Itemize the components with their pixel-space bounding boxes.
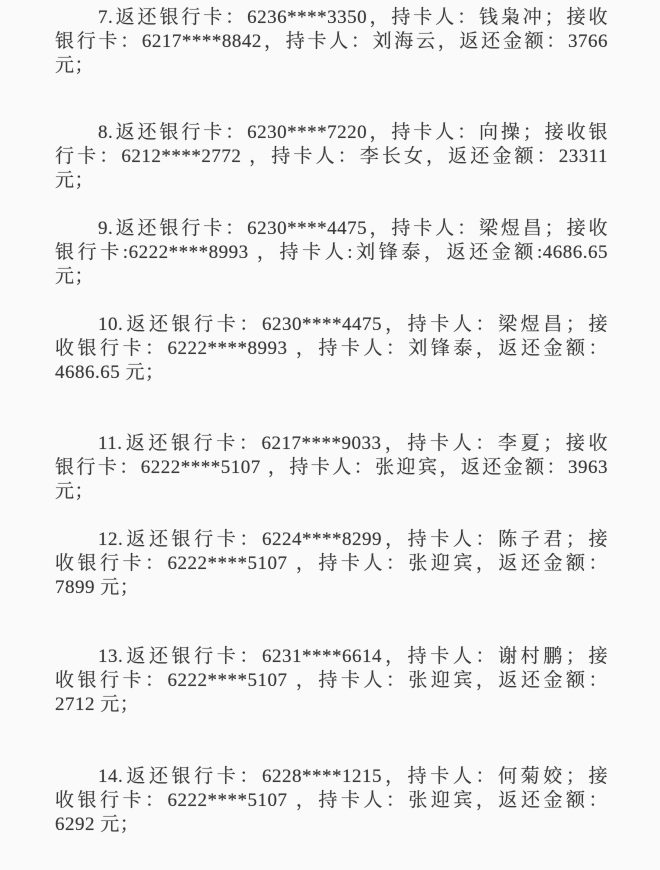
text-line: 元； <box>55 169 608 193</box>
text-line: 9.返还银行卡：6230****4475，持卡人：梁煜昌；接收 <box>55 217 608 241</box>
list-item-12: 12.返还银行卡：6224****8299，持卡人：陈子君；接收银行卡：6222… <box>55 528 608 600</box>
text-line: 收银行卡：6222****5107 ，持卡人：张迎宾，返还金额： <box>55 552 608 576</box>
list-item-9: 9.返还银行卡：6230****4475，持卡人：梁煜昌；接收银行卡:6222*… <box>55 217 608 289</box>
text-line: 11.返还银行卡：6217****9033，持卡人：李夏；接收 <box>55 432 608 456</box>
list-item-14: 14.返还银行卡：6228****1215，持卡人：何菊姣；接收银行卡：6222… <box>55 765 608 837</box>
text-line: 13.返还银行卡：6231****6614，持卡人：谢村鹏；接 <box>55 645 608 669</box>
text-line: 收银行卡：6222****8993 ，持卡人：刘锋泰，返还金额： <box>55 337 608 361</box>
text-line: 7899 元； <box>55 576 608 600</box>
list-item-13: 13.返还银行卡：6231****6614，持卡人：谢村鹏；接收银行卡：6222… <box>55 645 608 717</box>
text-line: 行卡：6212****2772 ，持卡人：李长女，返还金额：23311 <box>55 145 608 169</box>
text-line: 银行卡：6222****5107 ，持卡人：张迎宾，返还金额：3963 <box>55 456 608 480</box>
text-line: 14.返还银行卡：6228****1215，持卡人：何菊姣；接 <box>55 765 608 789</box>
list-item-10: 10.返还银行卡：6230****4475，持卡人：梁煜昌；接收银行卡：6222… <box>55 313 608 385</box>
text-line: 收银行卡：6222****5107 ，持卡人：张迎宾，返还金额： <box>55 669 608 693</box>
document-body: 7.返还银行卡：6236****3350，持卡人：钱枭冲；接收银行卡：6217*… <box>0 0 660 837</box>
text-line: 银行卡:6222****8993 ，持卡人:刘锋泰，返还金额:4686.65 <box>55 241 608 265</box>
text-line: 收银行卡：6222****5107 ，持卡人：张迎宾，返还金额： <box>55 789 608 813</box>
text-line: 4686.65 元； <box>55 361 608 385</box>
list-item-7: 7.返还银行卡：6236****3350，持卡人：钱枭冲；接收银行卡：6217*… <box>55 6 608 78</box>
text-line: 7.返还银行卡：6236****3350，持卡人：钱枭冲；接收 <box>55 6 608 30</box>
document-page: 7.返还银行卡：6236****3350，持卡人：钱枭冲；接收银行卡：6217*… <box>0 0 660 870</box>
list-item-8: 8.返还银行卡：6230****7220，持卡人：向操；接收银行卡：6212**… <box>55 121 608 193</box>
text-line: 元； <box>55 265 608 289</box>
text-line: 10.返还银行卡：6230****4475，持卡人：梁煜昌；接 <box>55 313 608 337</box>
text-line: 元； <box>55 54 608 78</box>
text-line: 2712 元； <box>55 693 608 717</box>
text-line: 银行卡：6217****8842，持卡人：刘海云，返还金额：3766 <box>55 30 608 54</box>
text-line: 12.返还银行卡：6224****8299，持卡人：陈子君；接 <box>55 528 608 552</box>
text-line: 8.返还银行卡：6230****7220，持卡人：向操；接收银 <box>55 121 608 145</box>
list-item-11: 11.返还银行卡：6217****9033，持卡人：李夏；接收银行卡：6222*… <box>55 432 608 504</box>
text-line: 6292 元； <box>55 813 608 837</box>
text-line: 元； <box>55 480 608 504</box>
